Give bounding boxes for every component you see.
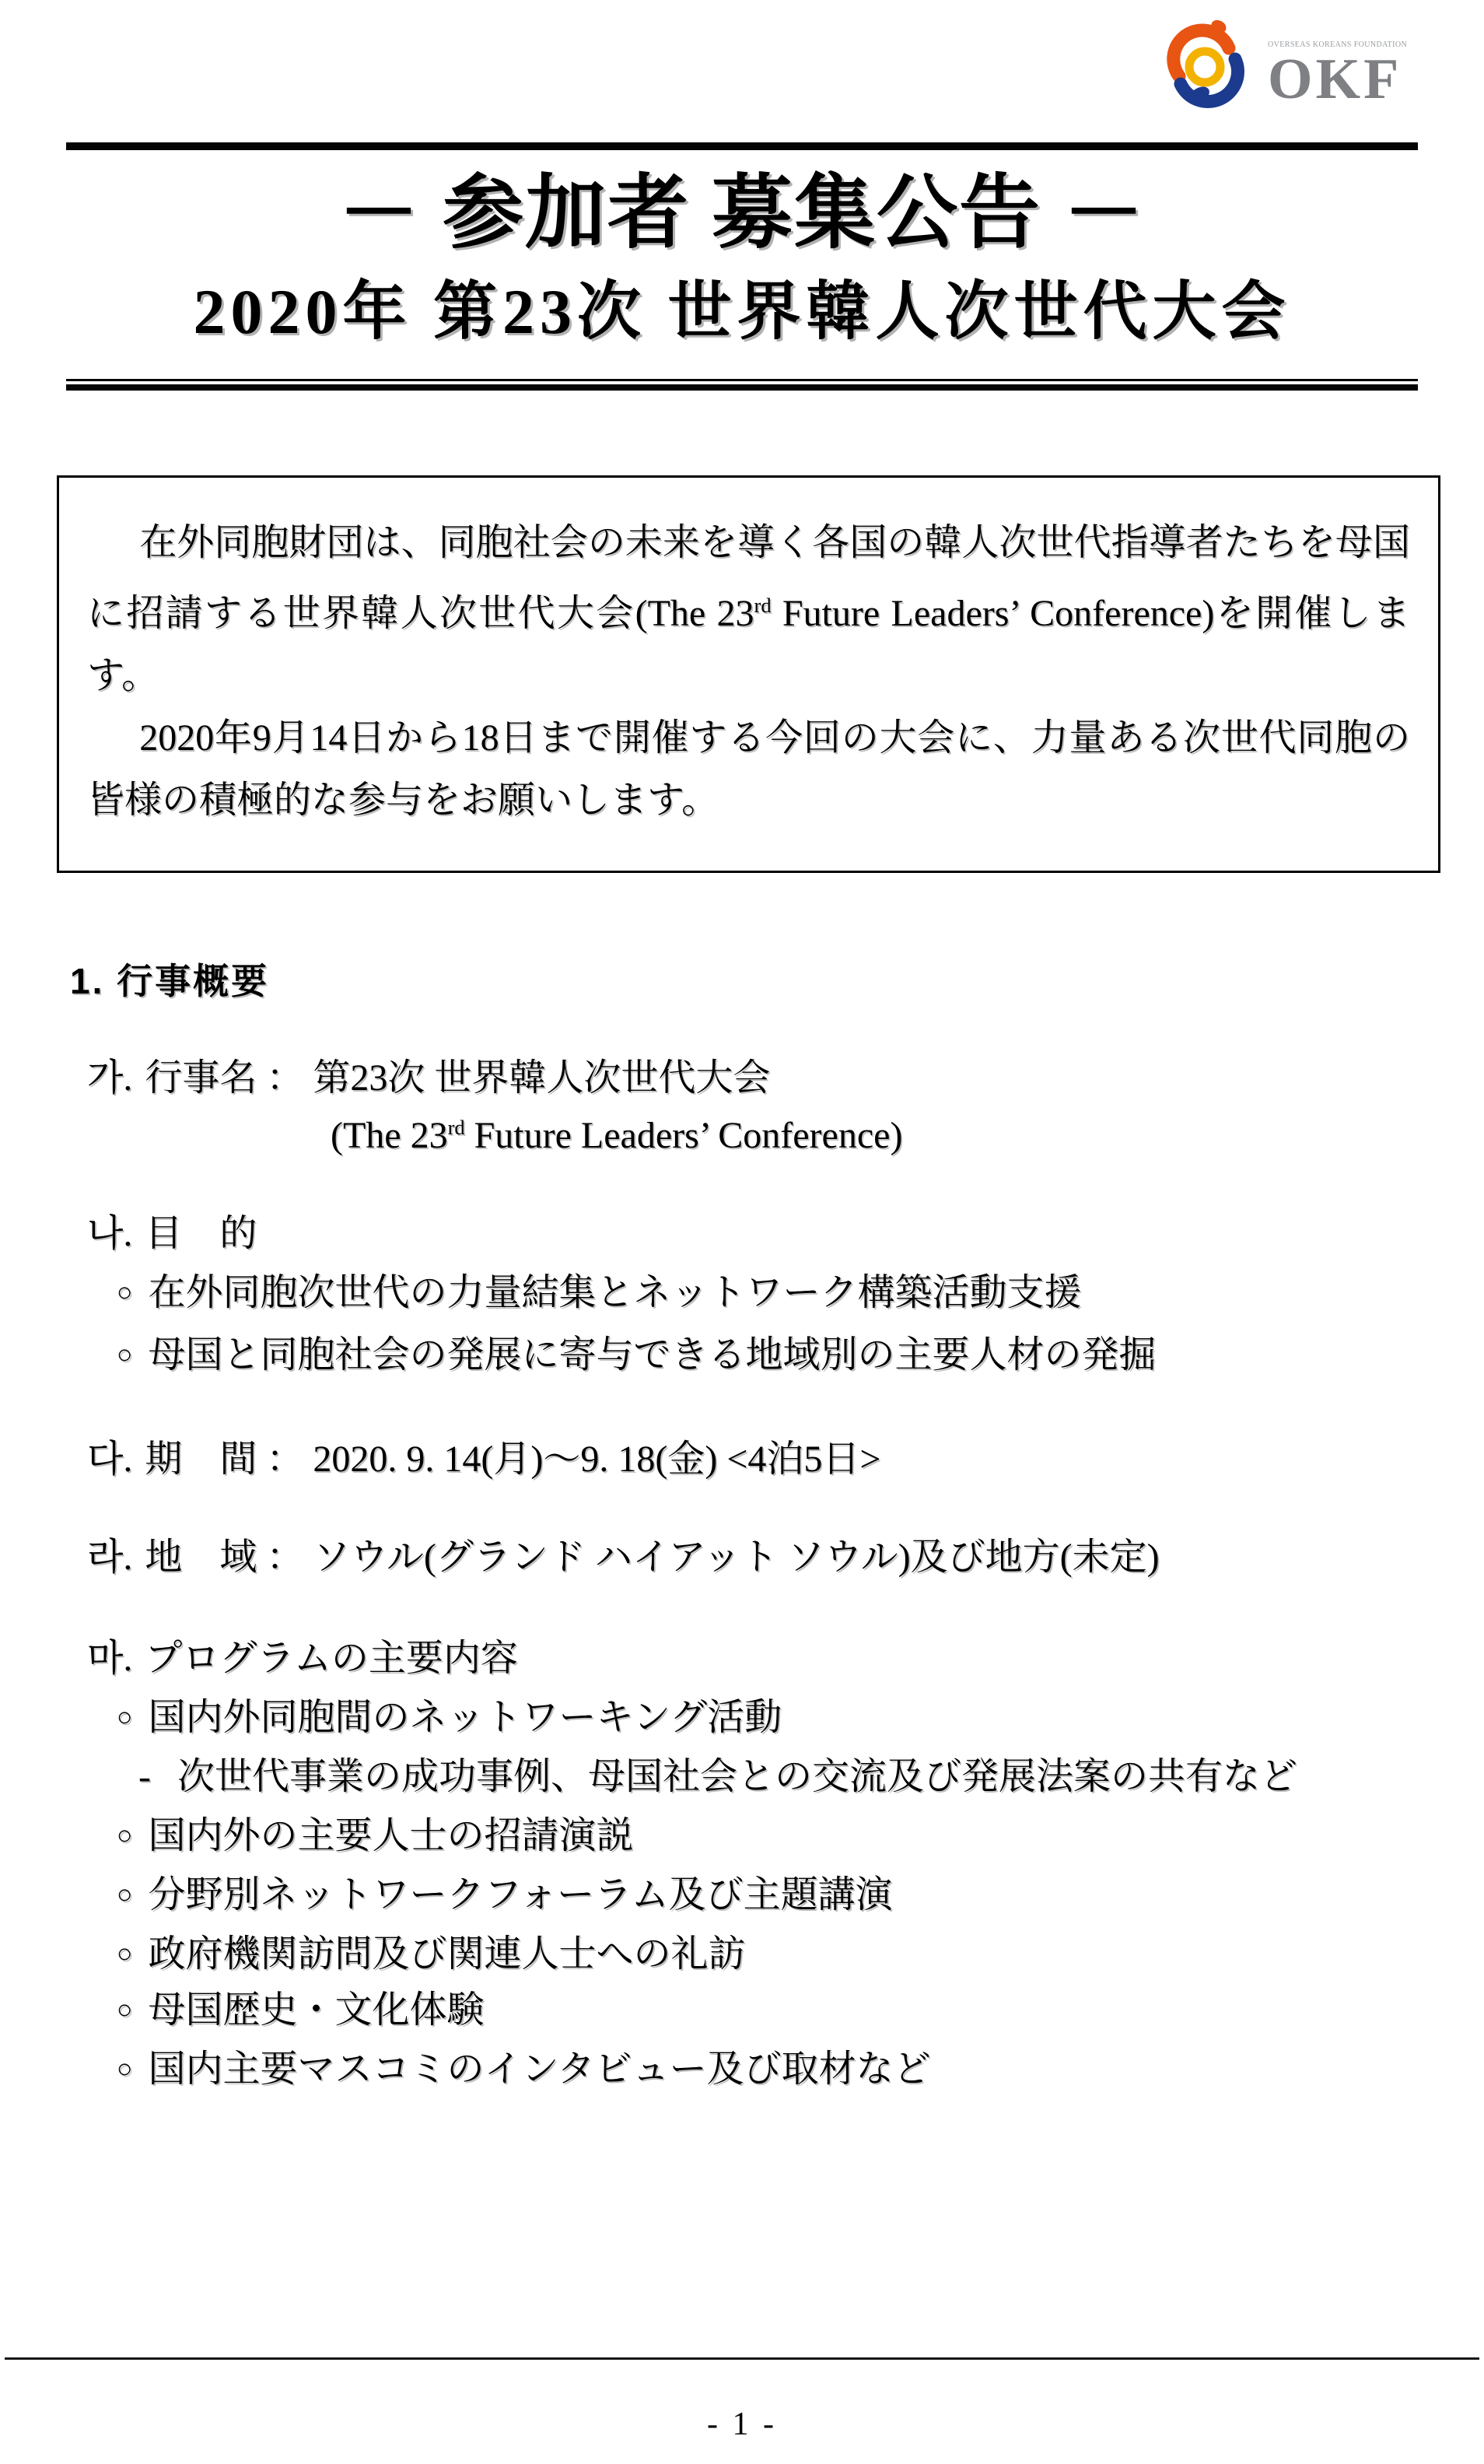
superscript-rd: rd [754, 594, 772, 617]
bullet-text: 政府機関訪問及び関連人士への礼訪 [149, 1933, 746, 1975]
item-ra-region: 라.地 域 ： ソウル(グランド ハイアット ソウル)及び地方(未定) [87, 1536, 1160, 1579]
circle-bullet: ○ [117, 1278, 133, 1307]
bullet-text: 母国歴史・文化体験 [149, 1989, 485, 2031]
page-subtitle: 2020年 第23次 世界韓人次世代大会 [0, 277, 1484, 347]
dash-bullet: - [138, 1756, 151, 1797]
page-number: - 1 - [0, 2406, 1484, 2443]
okf-logo-acronym: OKF [1268, 51, 1404, 108]
bullet-text: 国内外の主要人士の招請演説 [149, 1815, 634, 1856]
okf-logo-text: OVERSEAS KOREANS FOUNDATION OKF [1268, 40, 1404, 108]
item-da-marker: 다. [87, 1439, 132, 1480]
program-bullet-1: ○国内外同胞間のネットワーキング活動 [117, 1696, 782, 1739]
top-thick-rule [66, 142, 1418, 150]
circle-bullet: ○ [117, 1341, 133, 1369]
section-1-heading: 1. 行事概要 [70, 962, 269, 1001]
sub-item-text: 次世代事業の成功事例、母国社会との交流及び発展法案の共有など [177, 1756, 1297, 1797]
program-bullet-4: ○政府機関訪問及び関連人士への礼訪 [117, 1933, 746, 1975]
page-title: － 参加者 募集公告 － [0, 170, 1484, 258]
okf-logo-mark [1160, 17, 1252, 122]
item-na-marker: 나. [87, 1213, 132, 1254]
intro-paragraph-1: 在外同胞財団は、同胞社会の未来を導く各国の韓人次世代指導者たちを母国に招請する世… [87, 512, 1410, 707]
circle-bullet: ○ [117, 1996, 133, 2024]
bullet-text: 母国と同胞社会の発展に寄与できる地域別の主要人材の発掘 [149, 1334, 1157, 1376]
purpose-bullet-1: ○在外同胞次世代の力量結集とネットワーク構築活動支援 [117, 1271, 1082, 1314]
item-da-text: 期 間 ： 2020. 9. 14(月)～9. 18(金) <4泊5日> [145, 1439, 880, 1480]
title-double-rule-thick [66, 384, 1418, 391]
item-da-period: 다.期 間 ： 2020. 9. 14(月)～9. 18(金) <4泊5日> [87, 1438, 880, 1481]
footer-rule [5, 2357, 1479, 2360]
purpose-bullet-2: ○母国と同胞社会の発展に寄与できる地域別の主要人材の発掘 [117, 1334, 1157, 1376]
circle-bullet: ○ [117, 1703, 133, 1732]
program-bullet-3: ○分野別ネットワークフォーラム及び主題講演 [117, 1873, 893, 1916]
program-sub-item: -次世代事業の成功事例、母国社会との交流及び発展法案の共有など [138, 1755, 1297, 1798]
ga-eng-text-after: Future Leaders’ Conference) [465, 1115, 903, 1156]
title-double-rule-thin [66, 379, 1418, 381]
bullet-text: 分野別ネットワークフォーラム及び主題講演 [149, 1874, 893, 1915]
item-ma-text: プログラムの主要内容 [145, 1638, 518, 1679]
item-ra-marker: 라. [87, 1537, 132, 1578]
circle-bullet: ○ [117, 1940, 133, 1968]
item-ma-program: 마.プログラムの主要内容 [87, 1637, 518, 1680]
circle-bullet: ○ [117, 1821, 133, 1850]
bullet-text: 在外同胞次世代の力量結集とネットワーク構築活動支援 [149, 1272, 1082, 1313]
intro-paragraph-2: 2020年9月14日から18日まで開催する今回の大会に、力量ある次世代同胞の皆様… [87, 707, 1410, 832]
item-na-purpose: 나.目 的 [87, 1212, 257, 1255]
item-ga-event-name: 가.行事名 ： 第23次 世界韓人次世代大会 [87, 1057, 770, 1099]
document-page: OVERSEAS KOREANS FOUNDATION OKF － 参加者 募集… [0, 0, 1484, 2464]
item-ga-text: 行事名 ： 第23次 世界韓人次世代大会 [145, 1057, 770, 1099]
item-ga-english-name: (The 23rd Future Leaders’ Conference) [331, 1114, 902, 1157]
program-bullet-6: ○国内主要マスコミのインタビュー及び取材など [117, 2048, 931, 2091]
bullet-text: 国内主要マスコミのインタビュー及び取材など [149, 2049, 931, 2090]
intro-box: 在外同胞財団は、同胞社会の未来を導く各国の韓人次世代指導者たちを母国に招請する世… [57, 475, 1440, 873]
item-ga-marker: 가. [87, 1057, 132, 1099]
circle-bullet: ○ [117, 1880, 133, 1909]
bullet-text: 国内外同胞間のネットワーキング活動 [149, 1697, 782, 1738]
item-ra-text: 地 域 ： ソウル(グランド ハイアット ソウル)及び地方(未定) [145, 1537, 1159, 1578]
program-bullet-2: ○国内外の主要人士の招請演説 [117, 1814, 634, 1857]
circle-bullet: ○ [117, 2055, 133, 2084]
program-bullet-5: ○母国歴史・文化体験 [117, 1989, 485, 2031]
ga-eng-text: (The 23 [331, 1115, 448, 1156]
superscript-rd: rd [448, 1116, 465, 1139]
item-ma-marker: 마. [87, 1638, 132, 1679]
okf-logo: OVERSEAS KOREANS FOUNDATION OKF [1160, 17, 1417, 126]
item-na-text: 目 的 [145, 1213, 257, 1254]
